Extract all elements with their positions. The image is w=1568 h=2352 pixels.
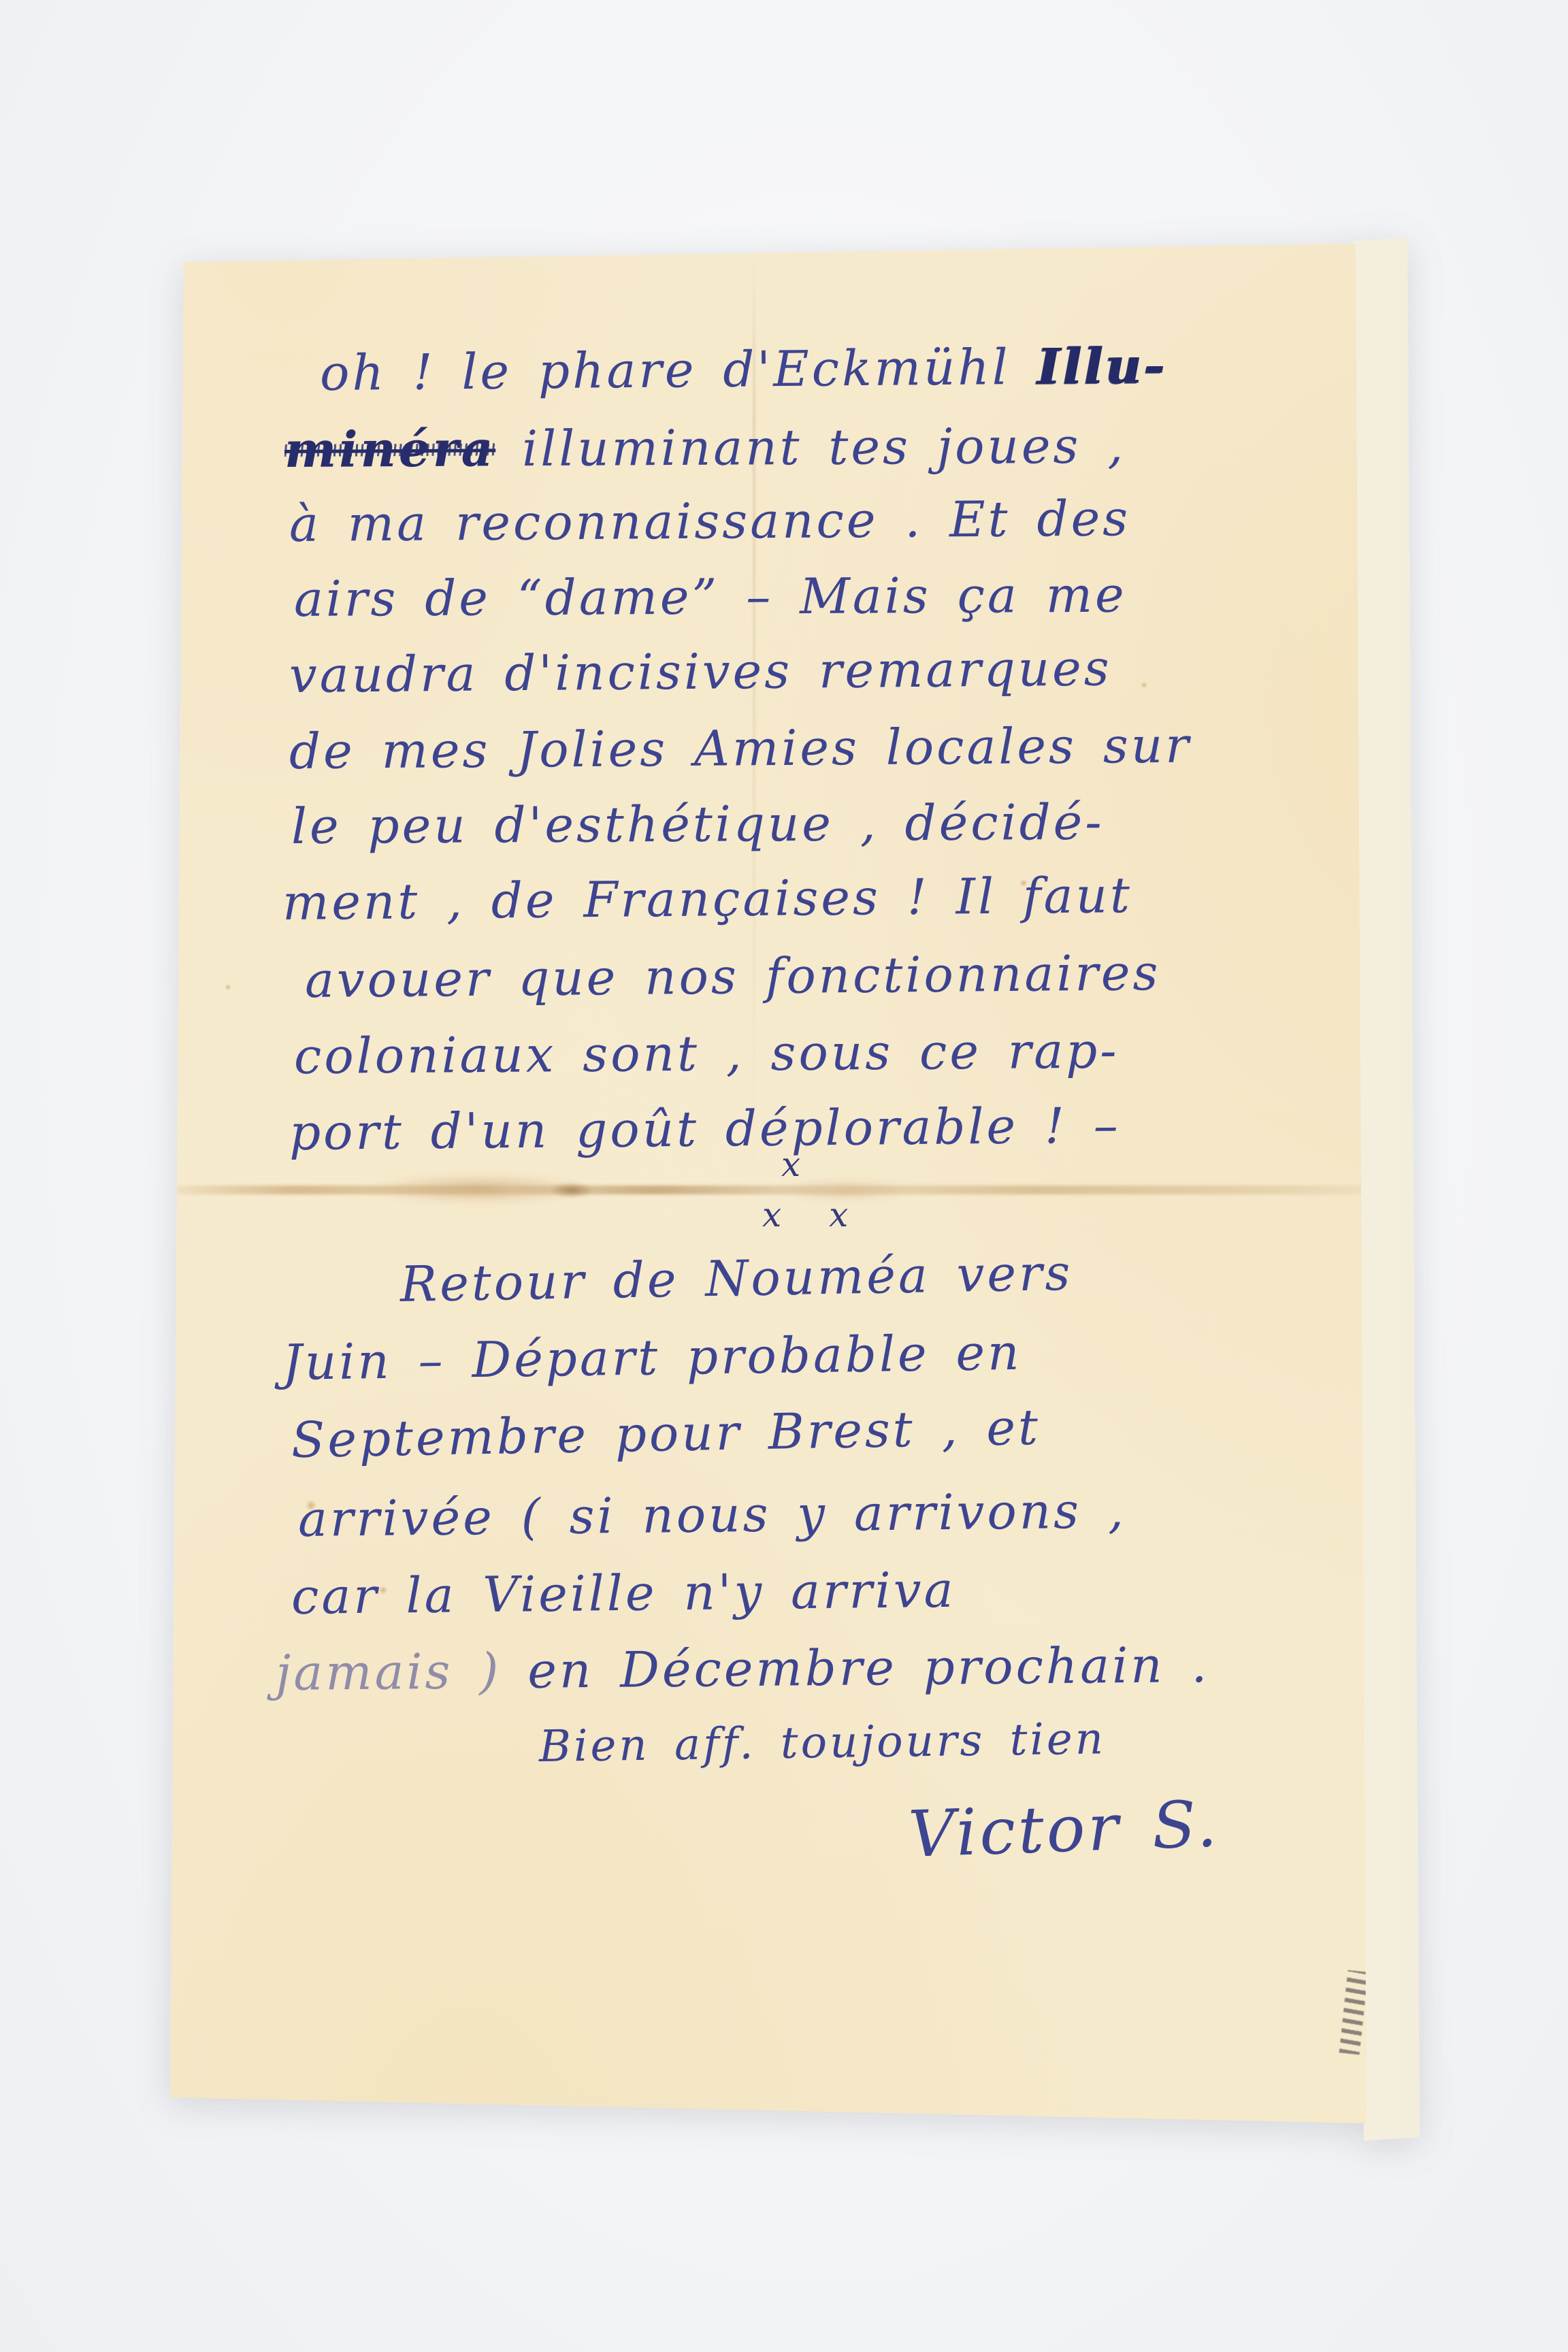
handwriting-line: le peu d'esthétique , décidé- — [291, 794, 1105, 855]
handwriting-line: car la Vieille n'y arriva — [291, 1561, 956, 1625]
handwriting-line: jamais ) en Décembre prochain . — [276, 1636, 1210, 1701]
handwriting-line: avouer que nos fonctionnaires — [305, 944, 1161, 1009]
handwriting-text: avouer que nos fonctionnaires — [305, 944, 1161, 1009]
handwriting-text: x x — [762, 1195, 866, 1235]
handwriting-text: Septembre pour Brest , et — [291, 1399, 1041, 1469]
overwritten-word: Illu- — [1036, 336, 1166, 395]
handwriting-text: en Décembre prochain . — [501, 1636, 1210, 1699]
signature-line: Victor S. — [907, 1787, 1221, 1872]
handwriting-line: oh ! le phare d'Eckmühl Illu- — [320, 336, 1167, 402]
handwriting-text: oh ! le phare d'Eckmühl — [320, 338, 1037, 402]
handwriting-line: Retour de Nouméa vers — [399, 1244, 1073, 1313]
handwriting-text: Juin – Départ probable en — [282, 1324, 1022, 1391]
handwriting-text: illuminant tes joues , — [495, 417, 1126, 478]
handwriting-text: airs de “dame” – Mais ça me — [294, 566, 1127, 627]
handwriting-line: Bien aff. toujours tien — [538, 1714, 1106, 1772]
handwriting-text: Bien aff. toujours tien — [538, 1714, 1106, 1772]
separator-marks: x — [781, 1145, 818, 1184]
handwriting-line: coloniaux sont , sous ce rap- — [294, 1022, 1120, 1085]
letter-page: oh ! le phare d'Eckmühl Illu-minéra illu… — [0, 0, 1568, 2352]
handwriting-text: port d'un goût déplorable ! – — [289, 1096, 1121, 1161]
handwriting-layer: oh ! le phare d'Eckmühl Illu-minéra illu… — [0, 0, 1568, 2352]
handwriting-text: Retour de Nouméa vers — [399, 1244, 1073, 1313]
handwriting-text: coloniaux sont , sous ce rap- — [294, 1022, 1120, 1085]
handwriting-text: à ma reconnaissance . Et des — [289, 489, 1131, 553]
handwriting-text: jamais ) — [276, 1642, 502, 1701]
handwriting-line: airs de “dame” – Mais ça me — [294, 566, 1127, 627]
handwriting-text: car la Vieille n'y arriva — [291, 1561, 956, 1625]
separator-marks: x x — [762, 1195, 866, 1235]
handwriting-line: port d'un goût déplorable ! – — [289, 1096, 1121, 1161]
letter-sheets: oh ! le phare d'Eckmühl Illu-minéra illu… — [0, 0, 1568, 2352]
handwriting-text: Victor S. — [907, 1787, 1221, 1872]
handwriting-text: le peu d'esthétique , décidé- — [291, 794, 1105, 855]
handwriting-text: arrivée ( si nous y arrivons , — [298, 1482, 1127, 1548]
handwriting-line: minéra illuminant tes joues , — [284, 416, 1126, 478]
handwriting-line: vaudra d'incisives remarques — [289, 639, 1112, 704]
handwriting-line: Juin – Départ probable en — [282, 1324, 1022, 1391]
handwriting-text: x — [781, 1145, 818, 1184]
struck-word: minéra — [284, 419, 496, 478]
handwriting-text: de mes Jolies Amies locales sur — [289, 717, 1192, 780]
handwriting-text: ment , de Françaises ! Il faut — [282, 866, 1133, 931]
handwriting-text: vaudra d'incisives remarques — [289, 639, 1112, 704]
handwriting-line: arrivée ( si nous y arrivons , — [298, 1482, 1127, 1548]
handwriting-line: ment , de Françaises ! Il faut — [282, 866, 1133, 931]
handwriting-line: de mes Jolies Amies locales sur — [289, 717, 1192, 780]
handwriting-line: Septembre pour Brest , et — [291, 1399, 1041, 1469]
handwriting-line: à ma reconnaissance . Et des — [289, 489, 1131, 553]
